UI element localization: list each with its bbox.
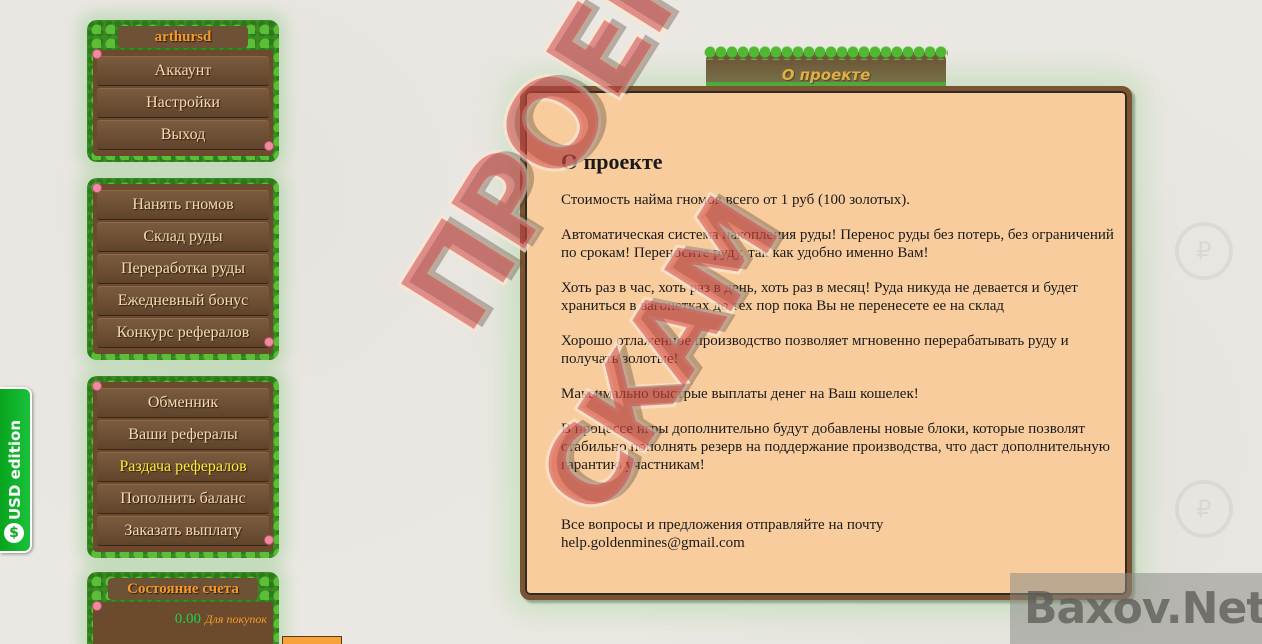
- ruble-coin-decoration: ₽: [1175, 480, 1233, 538]
- site-watermark-text: Baxov.Net: [1024, 583, 1262, 634]
- dollar-refresh-icon: $: [4, 523, 24, 543]
- menu-item-ore-warehouse[interactable]: Склад руды: [97, 222, 269, 252]
- balance-label: Для покупок: [205, 612, 267, 626]
- ruble-coin-decoration: ₽: [1175, 222, 1233, 280]
- balance-value: 0.00: [175, 611, 201, 627]
- contact-info: Все вопросы и предложения отправляйте на…: [561, 516, 1121, 552]
- account-state-title: Состояние счета: [108, 578, 258, 600]
- finance-panel: Обменник Ваши рефералы Раздача рефералов…: [87, 376, 279, 558]
- paragraph: Максимально быстрые выплаты денег на Ваш…: [561, 385, 1121, 403]
- menu-item-exchanger[interactable]: Обменник: [97, 388, 269, 418]
- user-panel: arthursd Аккаунт Настройки Выход: [87, 20, 279, 162]
- contact-email[interactable]: help.goldenmines@gmail.com: [561, 534, 1121, 552]
- menu-item-settings[interactable]: Настройки: [97, 88, 269, 118]
- paragraph: Стоимость найма гномов всего от 1 руб (1…: [561, 191, 1121, 209]
- finance-menu: Обменник Ваши рефералы Раздача рефералов…: [93, 382, 273, 552]
- menu-item-top-up-balance[interactable]: Пополнить баланс: [97, 484, 269, 514]
- usd-edition-tab[interactable]: USD edition $: [0, 387, 32, 553]
- about-content-box: О проекте Стоимость найма гномов всего о…: [520, 86, 1132, 600]
- paragraph: В процессе игры дополнительно будут доба…: [561, 420, 1121, 474]
- menu-item-hire-gnomes[interactable]: Нанять гномов: [97, 190, 269, 220]
- account-state-panel: Состояние счета 0.00 Для покупок: [87, 572, 279, 644]
- game-panel: Нанять гномов Склад руды Переработка руд…: [87, 178, 279, 360]
- game-menu: Нанять гномов Склад руды Переработка руд…: [93, 184, 273, 354]
- page-title: О проекте: [561, 153, 1121, 171]
- contact-line: Все вопросы и предложения отправляйте на…: [561, 516, 1121, 534]
- menu-item-daily-bonus[interactable]: Ежедневный бонус: [97, 286, 269, 316]
- username: arthursd: [155, 29, 212, 46]
- content-tab: О проекте: [706, 52, 946, 86]
- username-label: arthursd: [118, 26, 248, 48]
- menu-item-ore-processing[interactable]: Переработка руды: [97, 254, 269, 284]
- paragraph: Хоть раз в час, хоть раз в день, хоть ра…: [561, 279, 1121, 315]
- user-menu: Аккаунт Настройки Выход: [93, 50, 273, 156]
- menu-item-account[interactable]: Аккаунт: [97, 56, 269, 86]
- flower-decoration: [265, 338, 273, 346]
- flower-decoration: [265, 142, 273, 150]
- flower-decoration: [93, 184, 101, 192]
- site-watermark: Baxov.Net: [1010, 573, 1262, 644]
- about-content: О проекте Стоимость найма гномов всего о…: [561, 153, 1121, 552]
- paragraph: Хорошо отлаженное производство позволяет…: [561, 332, 1121, 368]
- paragraph: Автоматическая система накопления руды! …: [561, 226, 1121, 262]
- menu-item-request-payout[interactable]: Заказать выплату: [97, 516, 269, 546]
- bottom-banner[interactable]: [282, 636, 342, 644]
- account-state-title-text: Состояние счета: [127, 581, 239, 598]
- menu-item-your-referrals[interactable]: Ваши рефералы: [97, 420, 269, 450]
- usd-edition-label: USD edition: [6, 420, 24, 520]
- menu-item-logout[interactable]: Выход: [97, 120, 269, 150]
- flower-decoration: [93, 382, 101, 390]
- menu-item-referral-giveaway[interactable]: Раздача рефералов: [97, 452, 269, 482]
- flower-decoration: [93, 50, 101, 58]
- content-tab-label: О проекте: [706, 66, 946, 84]
- flower-decoration: [265, 536, 273, 544]
- account-state-body: 0.00 Для покупок: [93, 602, 273, 644]
- flower-decoration: [93, 602, 101, 610]
- menu-item-referral-contest[interactable]: Конкурс рефералов: [97, 318, 269, 348]
